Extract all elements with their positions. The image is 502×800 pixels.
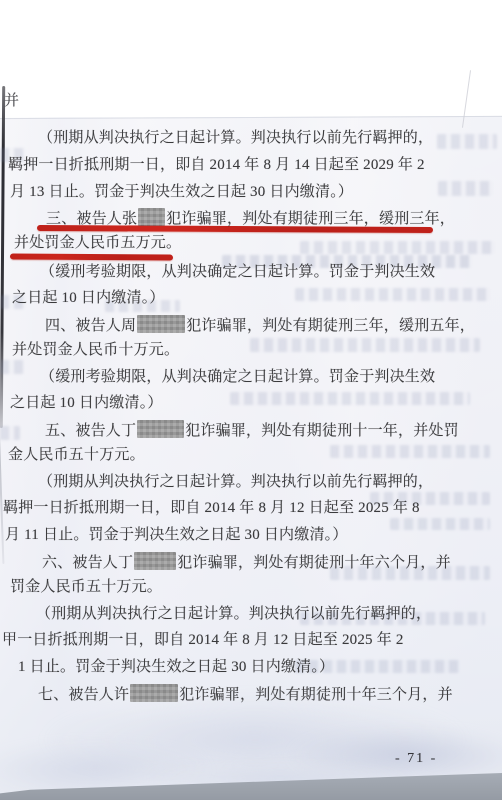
text-line: 罚金人民币五十万元。	[10, 578, 162, 597]
text-run: 犯诈骗罪，判处有期徒刑三年，缓刑五年，	[186, 318, 475, 334]
partial-character: 并	[4, 92, 19, 111]
bleed-through-smudge	[437, 134, 497, 149]
redaction-block	[138, 208, 165, 226]
bleed-through-smudge	[295, 288, 490, 301]
red-underline	[10, 253, 173, 260]
text-run: 之日起 10 日内缴清。）	[12, 290, 165, 306]
text-run: （缓刑考验期限，从判决确定之日起计算。罚金于判决生效	[40, 264, 435, 280]
text-line: 四、被告人周犯诈骗罪，判处有期徒刑三年，缓刑五年，	[45, 315, 475, 336]
redaction-block	[130, 684, 178, 702]
text-run: 并处罚金人民币五万元。	[14, 235, 181, 251]
text-run: 五、被告人丁	[45, 423, 136, 439]
bleed-through-smudge	[330, 445, 490, 458]
text-line: 五、被告人丁犯诈骗罪，判处有期徒刑十一年，并处罚	[45, 420, 459, 441]
text-line: 甲一日折抵刑期一日，即自 2014 年 8 月 12 日起至 2025 年 2	[2, 631, 404, 650]
text-line: 之日起 10 日内缴清。）	[10, 394, 163, 413]
text-line: 月 11 日止。罚金于判决生效之日起 30 日内缴清。）	[5, 526, 348, 545]
text-line: （刑期从判决执行之日起计算。判决执行以前先行羁押的，	[36, 605, 431, 624]
text-run: 之日起 10 日内缴清。）	[10, 395, 163, 411]
bleed-through-smudge	[438, 181, 493, 196]
redaction-block	[134, 552, 176, 570]
text-line: 月 13 日止。罚金于判决生效之日起 30 日内缴清。）	[10, 183, 353, 202]
text-run: （刑期从判决执行之日起计算。判决执行以前先行羁押的，	[38, 130, 433, 146]
bleed-through-smudge	[390, 518, 490, 530]
bleed-through-smudge	[0, 426, 20, 440]
text-line: （缓刑考验期限，从判决确定之日起计算。罚金于判决生效	[40, 368, 435, 387]
text-run: 七、被告人许	[38, 687, 129, 703]
text-run: 1 日止。罚金于判决生效之日起 30 日内缴清。）	[18, 659, 334, 675]
page-number: - 71 -	[395, 751, 437, 767]
text-line: 之日起 10 日内缴清。）	[12, 289, 165, 308]
text-line: 羁押一日折抵刑期一日，即自 2014 年 8 月 14 日起至 2029 年 2	[8, 156, 425, 175]
text-run: 犯诈骗罪，判处有期徒刑十年三个月，并	[179, 687, 453, 703]
text-run: 罚金人民币五十万元。	[10, 579, 162, 595]
text-run: （刑期从判决执行之日起计算。判决执行以前先行羁押的，	[38, 474, 433, 490]
text-line: 羁押一日折抵刑期一日，即自 2014 年 8 月 12 日起至 2025 年 8	[3, 499, 420, 518]
text-run: （刑期从判决执行之日起计算。判决执行以前先行羁押的，	[36, 606, 431, 622]
text-line: （缓刑考验期限，从判决确定之日起计算。罚金于判决生效	[40, 263, 435, 282]
text-run: 羁押一日折抵刑期一日，即自 2014 年 8 月 12 日起至 2025 年 8	[3, 500, 420, 516]
redaction-block	[137, 315, 185, 333]
scanned-page-photo: 并（刑期从判决执行之日起计算。判决执行以前先行羁押的，羁押一日折抵刑期一日，即自…	[0, 0, 502, 800]
text-run: 犯诈骗罪，判处有期徒刑三年，缓刑三年，	[166, 211, 455, 227]
text-run: 甲一日折抵刑期一日，即自 2014 年 8 月 12 日起至 2025 年 2	[2, 632, 404, 648]
text-line: （刑期从判决执行之日起计算。判决执行以前先行羁押的，	[38, 473, 433, 492]
text-line: （刑期从判决执行之日起计算。判决执行以前先行羁押的，	[38, 129, 433, 148]
text-run: 犯诈骗罪，判处有期徒刑十一年，并处罚	[185, 423, 459, 439]
text-run: 月 13 日止。罚金于判决生效之日起 30 日内缴清。）	[10, 184, 353, 200]
bleed-through-smudge	[0, 360, 24, 374]
bleed-through-smudge	[250, 338, 480, 352]
text-line: 七、被告人许犯诈骗罪，判处有期徒刑十年三个月，并	[38, 684, 453, 705]
text-run: 并	[4, 93, 19, 109]
text-run: 金人民币五十万元。	[8, 447, 145, 463]
text-line: 1 日止。罚金于判决生效之日起 30 日内缴清。）	[18, 658, 334, 677]
text-run: 并处罚金人民币十万元。	[12, 342, 179, 358]
text-line: 金人民币五十万元。	[8, 446, 145, 465]
text-run: 羁押一日折抵刑期一日，即自 2014 年 8 月 14 日起至 2029 年 2	[8, 157, 425, 173]
redaction-block	[137, 420, 184, 438]
text-line: 并处罚金人民币十万元。	[12, 341, 179, 360]
bleed-through-smudge	[230, 392, 470, 405]
text-run: 四、被告人周	[45, 318, 136, 334]
text-run: （缓刑考验期限，从判决确定之日起计算。罚金于判决生效	[40, 369, 435, 385]
bleed-through-smudge	[300, 241, 495, 254]
text-run: 六、被告人丁	[42, 555, 133, 571]
text-line: 并处罚金人民币五万元。	[14, 234, 181, 253]
text-line: 六、被告人丁犯诈骗罪，判处有期徒刑十年六个月，并	[42, 552, 451, 573]
text-run: 月 11 日止。罚金于判决生效之日起 30 日内缴清。）	[5, 527, 348, 543]
text-run: 犯诈骗罪，判处有期徒刑十年六个月，并	[177, 555, 451, 571]
